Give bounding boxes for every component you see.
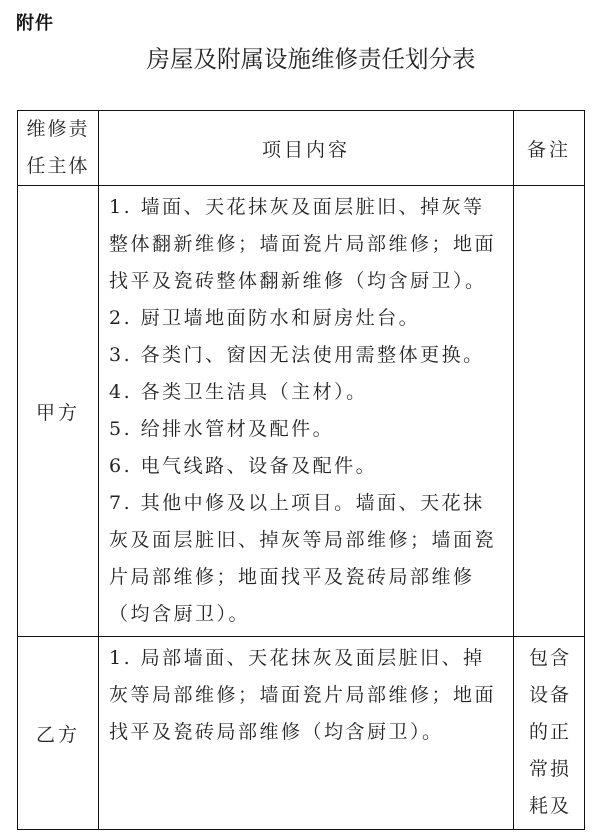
document-title: 房屋及附属设施维修责任划分表 [0,40,601,74]
content-cell: 1. 局部墙面、天花抹灰及面层脏旧、掉灰等局部维修；墙面瓷片局部维修；地面找平及… [99,637,514,830]
remark-line: 常损 [522,751,578,788]
list-item: 3. 各类门、窗因无法使用需整体更换。 [109,337,505,374]
header-party-line-2: 任主体 [18,148,98,185]
party-cell: 乙方 [18,637,99,830]
remark-line: 设备 [522,677,578,714]
content-cell: 1. 墙面、天花抹灰及面层脏旧、掉灰等整体翻新维修；墙面瓷片局部维修；地面找平及… [99,186,514,637]
list-item: 1. 墙面、天花抹灰及面层脏旧、掉灰等整体翻新维修；墙面瓷片局部维修；地面找平及… [109,189,505,300]
list-item: 5. 给排水管材及配件。 [109,411,505,448]
header-responsible-party: 维修责 任主体 [18,111,99,186]
remark-line: 包含 [522,640,578,677]
responsibility-table: 维修责 任主体 项目内容 备注 甲方 1. 墙面、天花抹灰及面层脏旧、掉灰等整体… [17,110,585,830]
list-item: 7. 其他中修及以上项目。墙面、天花抹灰及面层脏旧、掉灰等局部维修；墙面瓷片局部… [109,485,505,633]
list-item: 4. 各类卫生洁具（主材）。 [109,374,505,411]
table-header-row: 维修责 任主体 项目内容 备注 [18,111,585,186]
header-remark: 备注 [514,111,585,186]
attachment-label: 附件 [16,9,54,35]
remark-cell [514,186,585,637]
list-item: 1. 局部墙面、天花抹灰及面层脏旧、掉灰等局部维修；墙面瓷片局部维修；地面找平及… [109,640,505,751]
list-item: 6. 电气线路、设备及配件。 [109,448,505,485]
header-party-line-1: 维修责 [18,111,98,148]
list-item: 2. 厨卫墙地面防水和厨房灶台。 [109,300,505,337]
table-row-party-b: 乙方 1. 局部墙面、天花抹灰及面层脏旧、掉灰等局部维修；墙面瓷片局部维修；地面… [18,637,585,830]
remark-line: 耗及 [522,788,578,825]
party-cell: 甲方 [18,186,99,637]
header-item-content: 项目内容 [99,111,514,186]
remark-cell: 包含 设备 的正 常损 耗及 [514,637,585,830]
table-row-party-a: 甲方 1. 墙面、天花抹灰及面层脏旧、掉灰等整体翻新维修；墙面瓷片局部维修；地面… [18,186,585,637]
remark-line: 的正 [522,714,578,751]
